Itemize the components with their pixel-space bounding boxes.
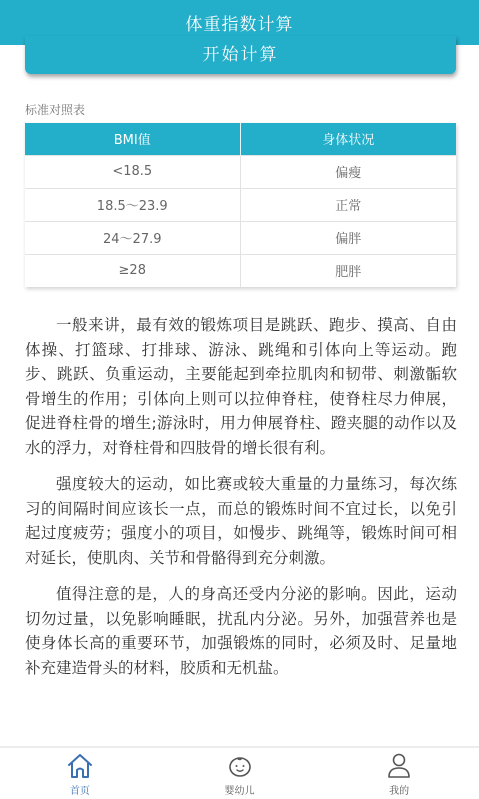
status-cell: 肥胖 [240,254,456,287]
baby-face-icon [225,752,255,780]
article-paragraph: 值得注意的是，人的身高还受内分泌的影响。因此，运动切勿过量，以免影响睡眠，扰乱内… [25,582,457,680]
bmi-value-cell: ≥28 [25,254,240,287]
tab-home-label: 首页 [70,782,90,797]
start-calculation-label: 开始计算 [203,45,279,65]
article-paragraph: 一般来讲，最有效的锻炼项目是跳跃、跑步、摸高、自由体操、打篮球、打排球、游泳、跳… [25,313,457,460]
article-paragraph: 强度较大的运动，如比赛或较大重量的力量练习，每次练习的间隔时间应该长一点，而总的… [25,472,457,570]
table-row: 24～27.9 偏胖 [25,221,456,254]
user-icon [384,752,414,780]
status-cell: 偏瘦 [240,155,456,188]
column-header-bmi: BMI值 [25,123,240,155]
start-calculation-button[interactable]: 开始计算 [25,36,456,74]
bmi-value-cell: 18.5～23.9 [25,188,240,221]
table-row: 18.5～23.9 正常 [25,188,456,221]
bmi-value-cell: <18.5 [25,155,240,188]
tab-mine[interactable]: 我的 [319,748,479,799]
tab-infant-label: 婴幼儿 [225,782,255,797]
page-title: 体重指数计算 [0,10,479,35]
exercise-article: 一般来讲，最有效的锻炼项目是跳跃、跑步、摸高、自由体操、打篮球、打排球、游泳、跳… [25,313,457,692]
tab-home[interactable]: 首页 [0,748,160,799]
status-cell: 正常 [240,188,456,221]
bmi-value-cell: 24～27.9 [25,221,240,254]
bottom-tab-bar: 首页 婴幼儿 我的 [0,746,479,799]
bmi-page: 体重指数计算 开始计算 标准对照表 BMI值 身体状况 <18.5 偏瘦 18.… [0,0,479,799]
table-header-row: BMI值 身体状况 [25,123,456,155]
table-label: 标准对照表 [25,101,85,118]
tab-infant[interactable]: 婴幼儿 [160,748,320,799]
column-header-status: 身体状况 [240,123,456,155]
table-row: <18.5 偏瘦 [25,155,456,188]
table-row: ≥28 肥胖 [25,254,456,287]
home-icon [65,752,95,780]
tab-mine-label: 我的 [389,782,409,797]
status-cell: 偏胖 [240,221,456,254]
bmi-reference-table: BMI值 身体状况 <18.5 偏瘦 18.5～23.9 正常 24～27.9 … [25,123,456,287]
